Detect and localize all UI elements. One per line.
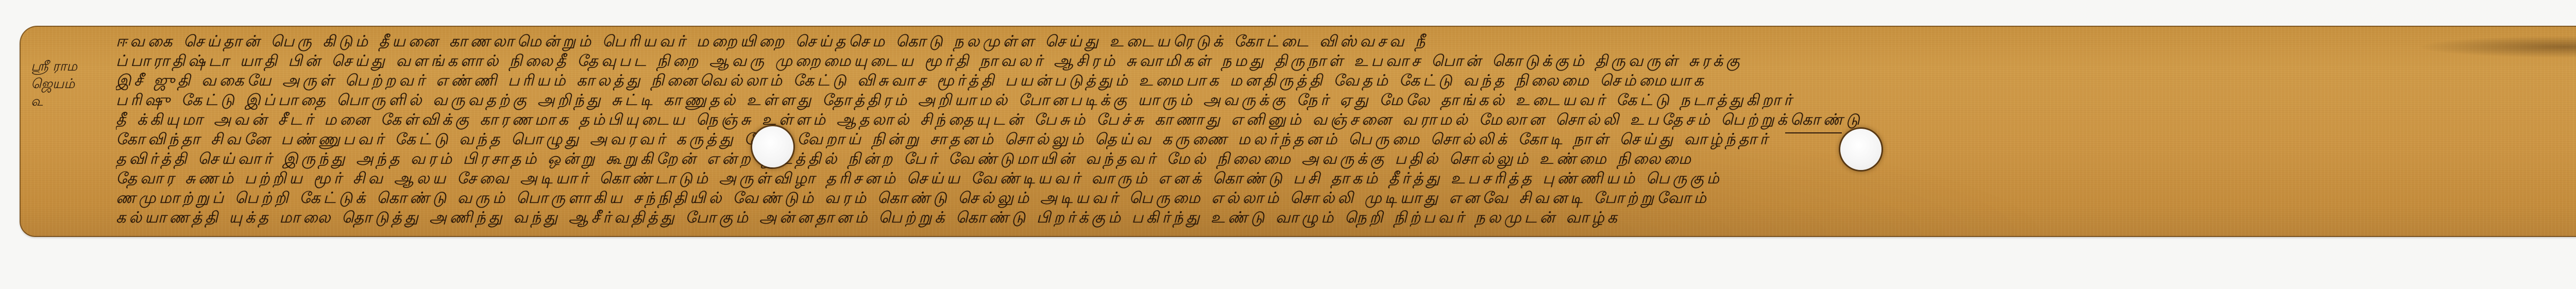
manuscript-text: ஈவகை செய்தான் பெரு கிடும் தீயனை காணலாமென… (116, 32, 2434, 228)
margin-note-line: ஜெயம் (31, 75, 103, 93)
text-line: தவிர்த்தி செய்வார் இருந்து அந்த வரம் பிர… (116, 149, 2434, 169)
margin-note: ஶ்ரீ ராம ஜெயம் ௳ (31, 58, 103, 110)
margin-note-line: ஶ்ரீ ராம (31, 58, 103, 75)
text-line: ப்பாராதிஷ்டா யாதி பின் செய்து வளங்களால் … (116, 52, 2434, 71)
text-line: பரிஷு கேட்டு இப்பாதை பொருளில் வருவதற்கு … (116, 91, 2434, 110)
text-line: இசீ ஜுதி வகையே அருள் பெற்றவர் எண்ணி பரிய… (116, 71, 2434, 91)
string-mark (1785, 132, 1842, 133)
text-line: தேவார சுணம் பற்றிய மூர் சிவ ஆலய சேவை அடி… (116, 169, 2434, 189)
text-line: ணமுமாற்றுப் பெற்றி கேட்டுக் கொண்டு வரும்… (116, 189, 2434, 208)
text-line: ஈவகை செய்தான் பெரு கிடும் தீயனை காணலாமென… (116, 32, 2434, 52)
margin-note-line: ௳ (31, 93, 103, 110)
binding-hole-left (752, 126, 793, 167)
text-line: கோவிந்தா சிவனே பண்ணுபவர் கேட்டு வந்த பொழ… (116, 130, 2434, 149)
text-line: கல்யாணத்தி யுக்த மாலை தொடுத்து அணிந்து வ… (116, 208, 2434, 228)
text-line: தீ க்கியுமா அவன் சீடர் மனை கேள்விக்கு கா… (116, 110, 2434, 130)
binding-hole-right (1840, 129, 1882, 170)
